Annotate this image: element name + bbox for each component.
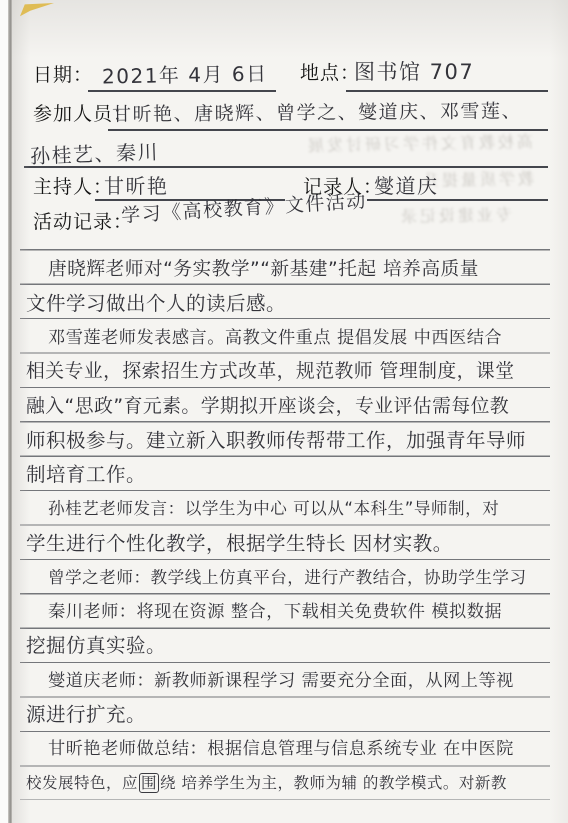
host-value: 甘昕艳: [104, 170, 169, 199]
participants-value-line2: 孙桂艺、秦川: [30, 136, 160, 169]
recorder-value: 燮道庆: [374, 170, 439, 199]
record-line: 唐晓辉老师对“务实教学”“新基建”托起 培养高质量: [48, 257, 479, 283]
scanned-meeting-record-page: 高校教育文件学习研讨发展 教学质量提升 专业建设记录 日期： 2021年 4月 …: [0, 0, 568, 823]
record-line: 源进行扩充。: [26, 702, 146, 728]
record-line: 制培育工作。: [26, 462, 146, 488]
bleedthrough-ghost-text: 专业建设记录: [398, 202, 512, 227]
record-line: 秦川老师：将现在资源 整合，下载相关免费软件 模拟数据: [48, 599, 502, 625]
activity-label: 活动记录：: [33, 207, 133, 234]
page-left-gutter: [0, 0, 8, 823]
corner-tape-mark: [20, 3, 54, 17]
date-label: 日期：: [33, 60, 93, 87]
location-value: 图书馆 707: [354, 56, 474, 86]
location-blank-line: [346, 90, 548, 92]
record-line: 甘昕艳老师做总结：根据信息管理与信息系统专业 在中医院: [48, 736, 514, 762]
record-line: 相关专业，探索招生方式改革，规范教师 管理制度，课堂: [26, 359, 515, 385]
record-line: 孙桂艺老师发言：以学生为中心 可以从“本科生”导师制，对: [48, 496, 499, 522]
record-line: 邓雪莲老师发表感言。高教文件重点 提倡发展 中西医结合: [48, 325, 502, 351]
record-line: 文件学习做出个人的读后感。: [26, 291, 286, 317]
page-left-edge-shadow: [8, 0, 12, 823]
date-value: 2021年 4月 6日: [102, 58, 268, 90]
host-label: 主持人：: [33, 172, 113, 199]
participants-value-line1: 甘昕艳、唐晓辉、曾学之、燮道庆、邓雪莲、: [112, 96, 522, 127]
recorder-blank-line: [367, 199, 548, 201]
record-line: 师积极参与。建立新入职教师传帮带工作，加强青年导师: [26, 428, 526, 454]
record-line: 融入“思政”育元素。学期拟开座谈会，专业评估需每位教: [26, 394, 509, 420]
record-line: 学生进行个性化教学，根据学生特长 因材实教。: [26, 531, 453, 557]
record-line: 燮道庆老师：新教师新课程学习 需要充分全面，从网上等视: [48, 668, 514, 694]
participants-blank-line2: [24, 166, 548, 168]
record-line: 校发展特色，应围绕 培养学生为主，教师为辅 的教学模式。对新教: [26, 770, 507, 796]
record-line: 挖掘仿真实验。: [26, 633, 166, 659]
circled-correction-char: 围: [139, 773, 159, 793]
record-line: 曾学之老师：教学线上仿真平台，进行产教结合，协助学生学习: [48, 565, 527, 591]
date-blank-line: [88, 90, 276, 92]
participants-blank-line1: [108, 129, 548, 131]
bleedthrough-ghost-text: 高校教育文件学习研讨发展: [305, 129, 533, 156]
location-label: 地点：: [300, 58, 360, 85]
